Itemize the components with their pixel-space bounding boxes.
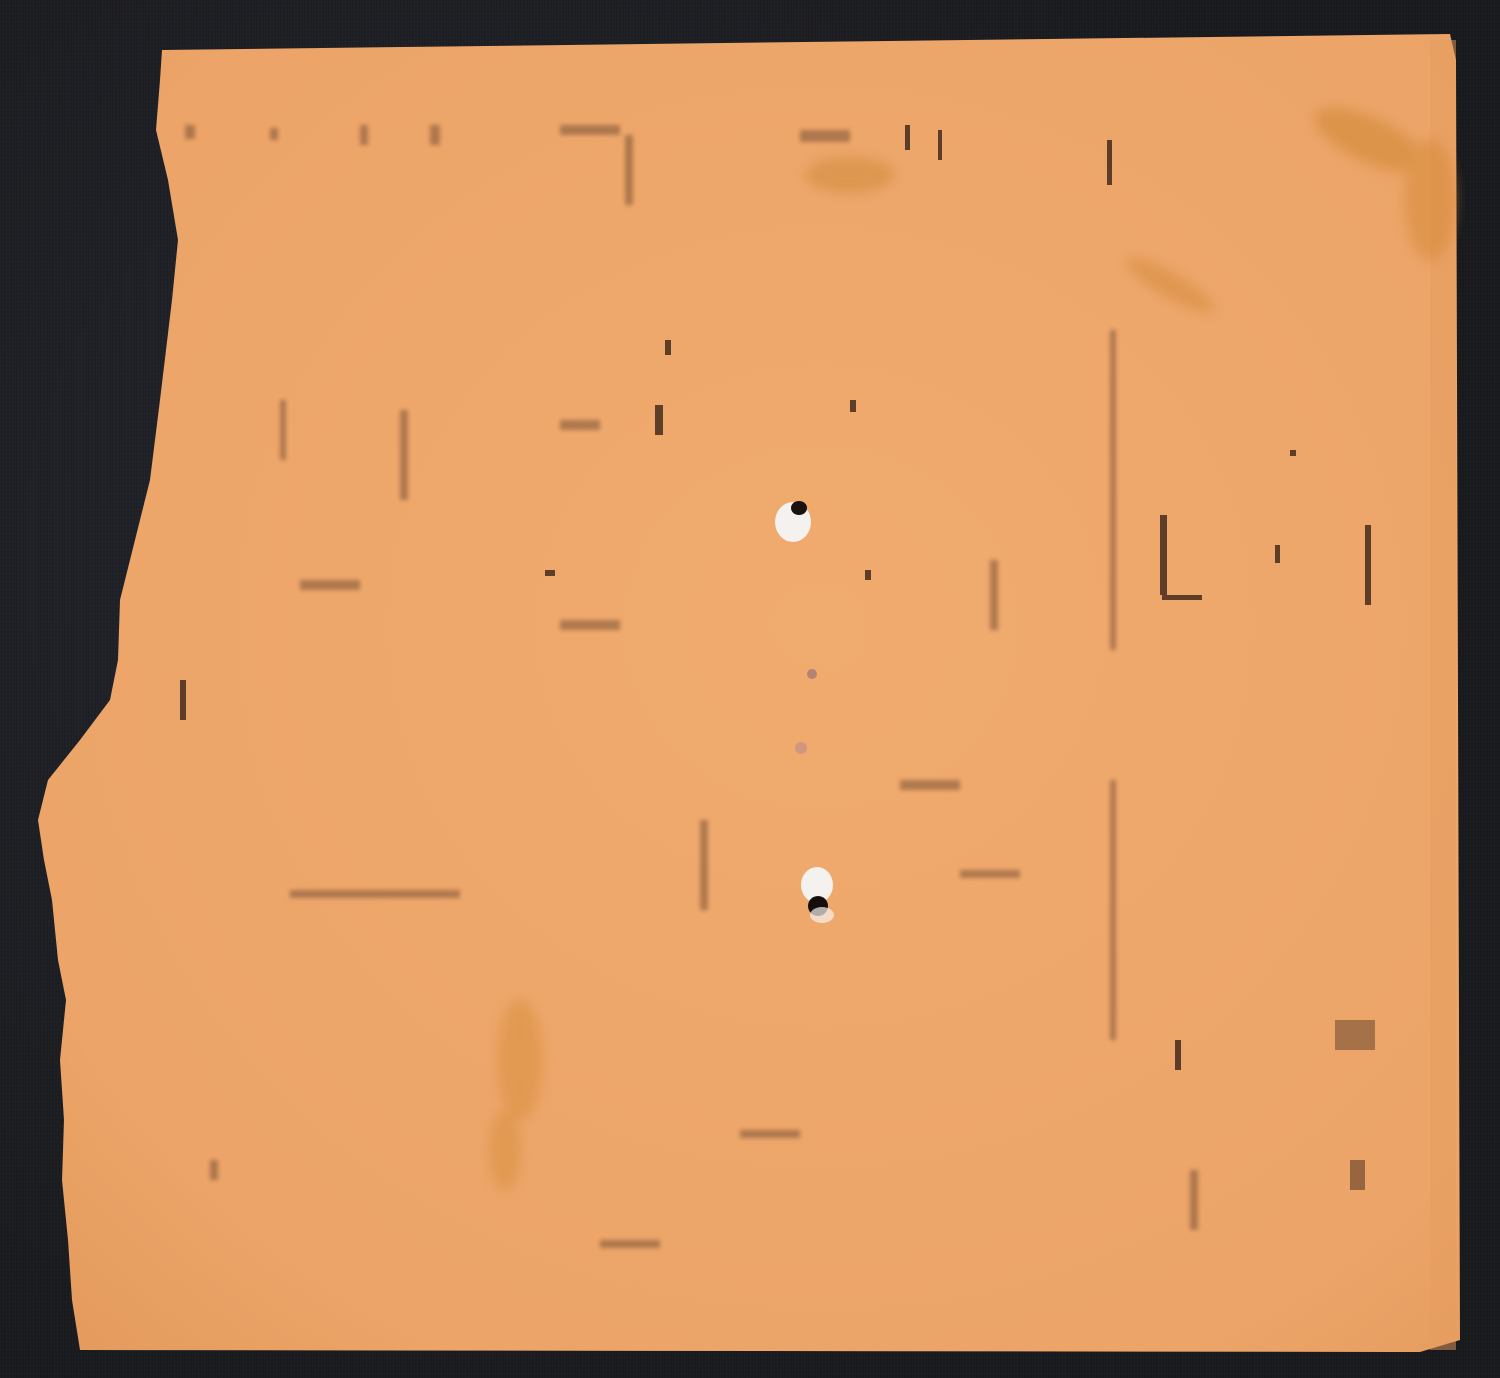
punch-dent-2 [795,742,807,754]
ticket-card [0,0,1500,1378]
card-paper [38,34,1460,1352]
punch-dent-1 [807,669,817,679]
photo-scene [0,0,1500,1378]
